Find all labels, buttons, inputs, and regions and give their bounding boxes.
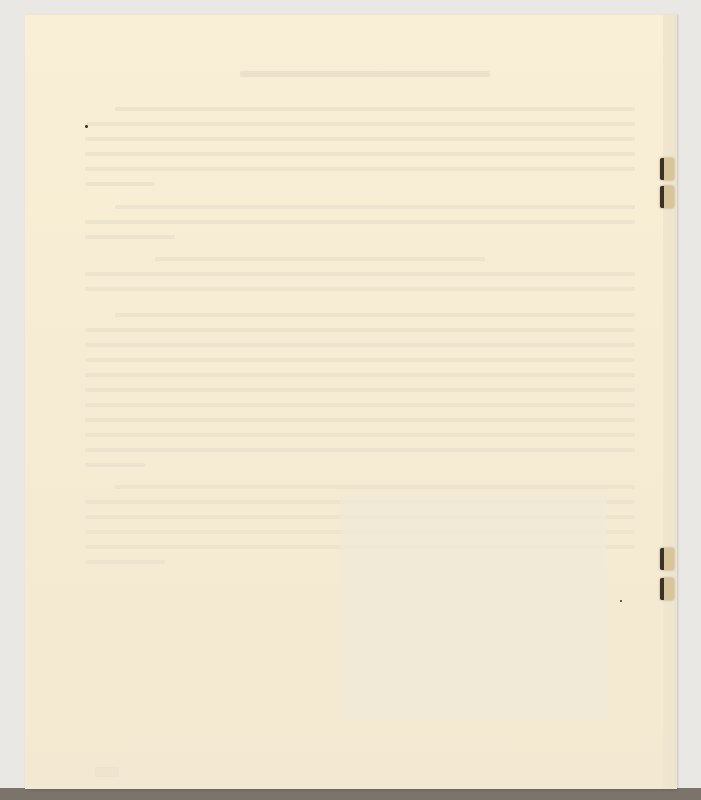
staple-bottom-lower <box>660 578 674 600</box>
bleed-through-line <box>85 560 165 564</box>
bleed-through-line <box>85 403 635 407</box>
bleed-through-page-number <box>95 767 119 777</box>
bleed-through-picture-region <box>340 495 607 720</box>
page-edge-shading <box>663 15 677 789</box>
paper-page <box>25 14 677 789</box>
bleed-through-line <box>115 205 635 209</box>
bleed-through-line <box>85 358 635 362</box>
bleed-through-line <box>85 463 145 467</box>
bleed-through-line <box>85 418 635 422</box>
bleed-through-line <box>115 313 635 317</box>
bleed-through-line <box>85 182 155 186</box>
bleed-through-line <box>85 433 635 437</box>
bleed-through-line <box>85 287 635 291</box>
bleed-through-line <box>115 107 635 111</box>
bleed-through-line <box>85 328 635 332</box>
bleed-through-line <box>115 485 635 489</box>
bleed-through-line <box>85 152 635 156</box>
bleed-through-line <box>85 122 635 126</box>
bleed-through-line <box>85 220 635 224</box>
staple-bottom <box>660 548 674 570</box>
bleed-through-heading <box>240 68 490 80</box>
bleed-through-line <box>85 235 175 239</box>
bleed-through-line <box>85 272 635 276</box>
paper-speck <box>620 600 622 602</box>
table-surface <box>0 788 701 800</box>
bleed-through-heading-mark <box>240 71 490 77</box>
bleed-through-line <box>85 137 635 141</box>
bleed-through-line <box>85 167 635 171</box>
paper-speck <box>85 125 88 128</box>
bleed-through-line <box>85 373 635 377</box>
bleed-through-line <box>85 343 635 347</box>
bleed-through-line <box>85 388 635 392</box>
staple-top <box>660 158 674 180</box>
bleed-through-line <box>85 448 635 452</box>
bleed-through-line <box>155 257 485 261</box>
staple-top-lower <box>660 186 674 208</box>
